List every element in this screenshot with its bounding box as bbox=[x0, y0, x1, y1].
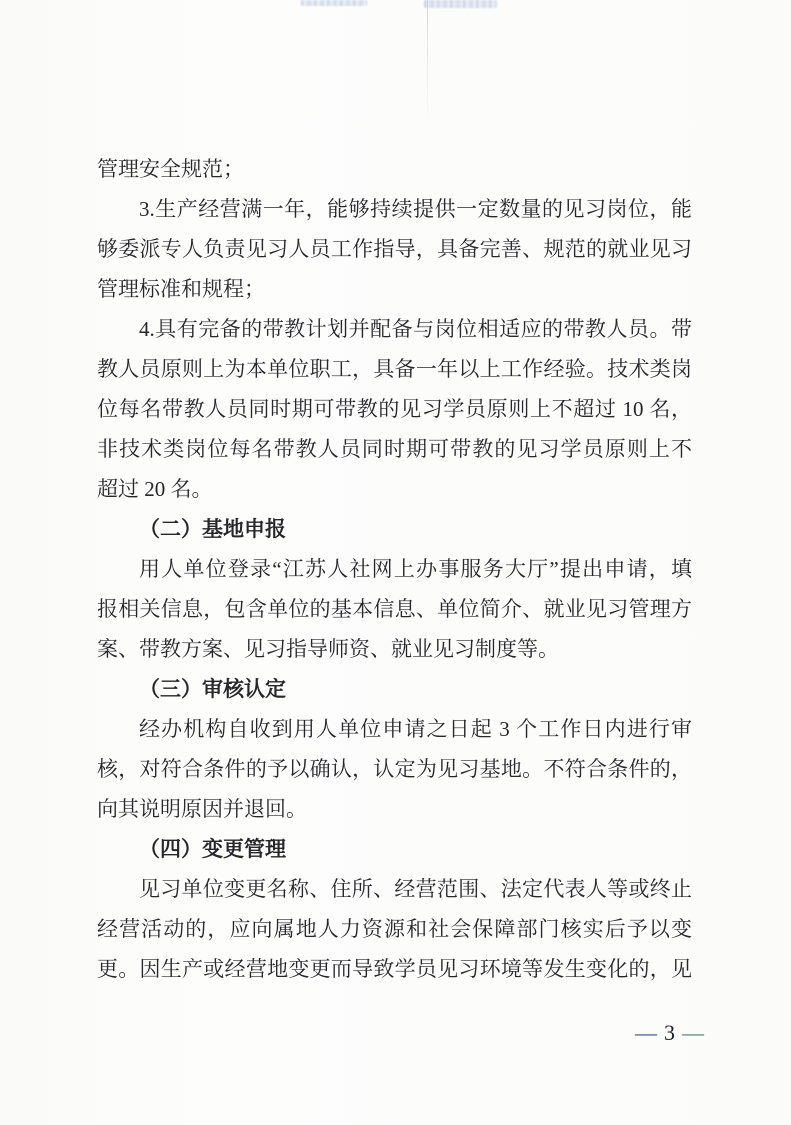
text-line: 管理安全规范； bbox=[97, 149, 692, 189]
text-line: 报相关信息，包含单位的基本信息、单位简介、就业见习管理方 bbox=[97, 589, 692, 629]
page-number: —3— bbox=[635, 1020, 705, 1046]
page-number-value: 3 bbox=[664, 1020, 676, 1045]
text-line: 3.生产经营满一年，能够持续提供一定数量的见习岗位，能 bbox=[97, 189, 692, 229]
text-line: 超过 20 名。 bbox=[97, 469, 692, 509]
text-line: 向其说明原因并退回。 bbox=[97, 789, 692, 829]
text-line: 教人员原则上为本单位职工，具备一年以上工作经验。技术类岗 bbox=[97, 349, 692, 389]
text-line: 够委派专人负责见习人员工作指导，具备完善、规范的就业见习 bbox=[97, 229, 692, 269]
text-line: 经营活动的，应向属地人力资源和社会保障部门核实后予以变 bbox=[97, 909, 692, 949]
page-number-dash: — bbox=[682, 1020, 705, 1045]
text-line: 4.具有完备的带教计划并配备与岗位相适应的带教人员。带 bbox=[97, 309, 692, 349]
document-body: 管理安全规范； 3.生产经营满一年，能够持续提供一定数量的见习岗位，能 够委派专… bbox=[97, 149, 692, 989]
document-page: 管理安全规范； 3.生产经营满一年，能够持续提供一定数量的见习岗位，能 够委派专… bbox=[0, 0, 791, 1125]
text-line: 核，对符合条件的予以确认，认定为见习基地。不符合条件的， bbox=[97, 749, 692, 789]
section-heading-4: （四）变更管理 bbox=[97, 829, 692, 869]
text-line: 更。因生产或经营地变更而导致学员见习环境等发生变化的，见 bbox=[97, 949, 692, 989]
text-line: 非技术类岗位每名带教人员同时期可带教的见习学员原则上不 bbox=[97, 429, 692, 469]
text-line: 用人单位登录“江苏人社网上办事服务大厅”提出申请，填 bbox=[97, 549, 692, 589]
scan-crease-line bbox=[427, 0, 428, 128]
scan-artifact-right bbox=[424, 0, 497, 8]
text-line: 位每名带教人员同时期可带教的见习学员原则上不超过 10 名， bbox=[97, 389, 692, 429]
text-line: 经办机构自收到用人单位申请之日起 3 个工作日内进行审 bbox=[97, 709, 692, 749]
section-heading-3: （三）审核认定 bbox=[97, 669, 692, 709]
scan-artifact-left bbox=[301, 0, 367, 6]
section-heading-2: （二）基地申报 bbox=[97, 509, 692, 549]
text-line: 案、带教方案、见习指导师资、就业见习制度等。 bbox=[97, 629, 692, 669]
text-line: 见习单位变更名称、住所、经营范围、法定代表人等或终止 bbox=[97, 869, 692, 909]
text-line: 管理标准和规程； bbox=[97, 269, 692, 309]
page-number-dash: — bbox=[635, 1020, 658, 1045]
